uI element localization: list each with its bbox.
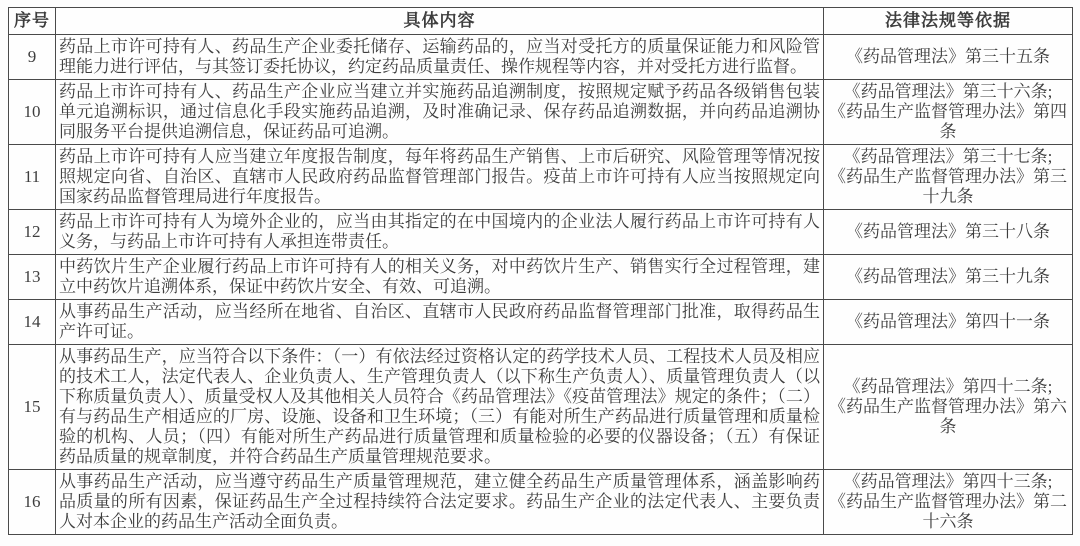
row-number-cell: 11	[9, 145, 56, 210]
table-row: 16 从事药品生产活动，应当遵守药品生产质量管理规范，建立健全药品生产质量管理体…	[9, 470, 1073, 535]
header-specific-content: 具体内容	[56, 8, 824, 35]
table-row: 15 从事药品生产，应当符合以下条件：（一）有依法经过资格认定的药学技术人员、工…	[9, 345, 1073, 470]
table-row: 14 从事药品生产活动，应当经所在地省、自治区、直辖市人民政府药品监督管理部门批…	[9, 300, 1073, 345]
basis-cell: 《药品管理法》第三十九条	[824, 255, 1073, 300]
content-cell: 从事药品生产活动，应当经所在地省、自治区、直辖市人民政府药品监督管理部门批准，取…	[56, 300, 824, 345]
content-cell: 从事药品生产，应当符合以下条件：（一）有依法经过资格认定的药学技术人员、工程技术…	[56, 345, 824, 470]
basis-cell: 《药品管理法》第三十六条;《药品生产监督管理办法》第四条	[824, 80, 1073, 145]
row-number-cell: 16	[9, 470, 56, 535]
content-cell: 从事药品生产活动，应当遵守药品生产质量管理规范，建立健全药品生产质量管理体系，涵…	[56, 470, 824, 535]
content-cell: 药品上市许可持有人为境外企业的，应当由其指定的在中国境内的企业法人履行药品上市许…	[56, 210, 824, 255]
table-row: 10 药品上市许可持有人、药品生产企业应当建立并实施药品追溯制度，按照规定赋予药…	[9, 80, 1073, 145]
basis-cell: 《药品管理法》第三十五条	[824, 35, 1073, 80]
content-cell: 药品上市许可持有人、药品生产企业应当建立并实施药品追溯制度，按照规定赋予药品各级…	[56, 80, 824, 145]
table-row: 12 药品上市许可持有人为境外企业的，应当由其指定的在中国境内的企业法人履行药品…	[9, 210, 1073, 255]
content-cell: 药品上市许可持有人、药品生产企业委托储存、运输药品的，应当对受托方的质量保证能力…	[56, 35, 824, 80]
basis-cell: 《药品管理法》第三十七条;《药品生产监督管理办法》第三十九条	[824, 145, 1073, 210]
table-header-row: 序号 具体内容 法律法规等依据	[9, 8, 1073, 35]
document-page: 序号 具体内容 法律法规等依据 9 药品上市许可持有人、药品生产企业委托储存、运…	[0, 0, 1080, 546]
table-row: 9 药品上市许可持有人、药品生产企业委托储存、运输药品的，应当对受托方的质量保证…	[9, 35, 1073, 80]
basis-cell: 《药品管理法》第四十一条	[824, 300, 1073, 345]
row-number-cell: 10	[9, 80, 56, 145]
header-serial-number: 序号	[9, 8, 56, 35]
regulation-table: 序号 具体内容 法律法规等依据 9 药品上市许可持有人、药品生产企业委托储存、运…	[8, 7, 1073, 535]
basis-cell: 《药品管理法》第四十三条;《药品生产监督管理办法》第二十六条	[824, 470, 1073, 535]
row-number-cell: 9	[9, 35, 56, 80]
table-row: 13 中药饮片生产企业履行药品上市许可持有人的相关义务，对中药饮片生产、销售实行…	[9, 255, 1073, 300]
row-number-cell: 12	[9, 210, 56, 255]
table-row: 11 药品上市许可持有人应当建立年度报告制度，每年将药品生产销售、上市后研究、风…	[9, 145, 1073, 210]
row-number-cell: 14	[9, 300, 56, 345]
basis-cell: 《药品管理法》第四十二条;《药品生产监督管理办法》第六条	[824, 345, 1073, 470]
basis-cell: 《药品管理法》第三十八条	[824, 210, 1073, 255]
header-legal-basis: 法律法规等依据	[824, 8, 1073, 35]
content-cell: 中药饮片生产企业履行药品上市许可持有人的相关义务，对中药饮片生产、销售实行全过程…	[56, 255, 824, 300]
row-number-cell: 13	[9, 255, 56, 300]
row-number-cell: 15	[9, 345, 56, 470]
content-cell: 药品上市许可持有人应当建立年度报告制度，每年将药品生产销售、上市后研究、风险管理…	[56, 145, 824, 210]
